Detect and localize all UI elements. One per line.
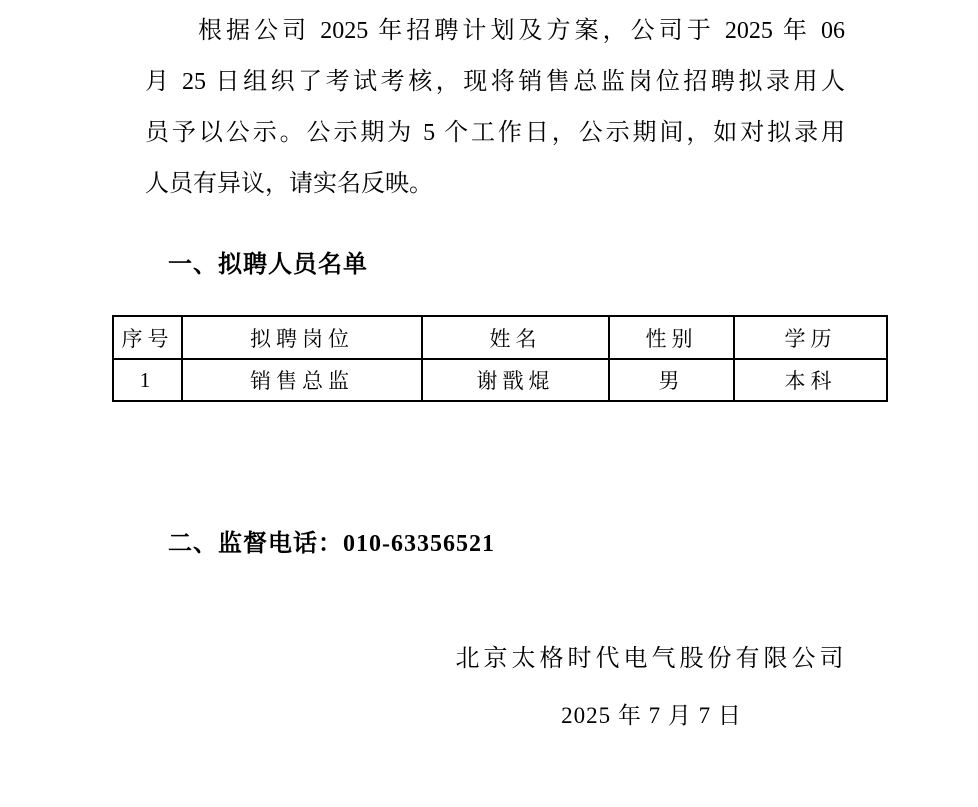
paragraph-line: 人员有异议，请实名反映。 (145, 159, 845, 210)
table-cell-position: 销售总监 (182, 359, 422, 401)
body-paragraph: 根据公司 2025 年招聘计划及方案，公司于 2025 年 06 月 25 日组… (145, 6, 845, 210)
table-header-education: 学历 (734, 316, 887, 359)
section-heading-phone: 二、监督电话：010-63356521 (168, 529, 495, 559)
table-header-position: 拟聘岗位 (182, 316, 422, 359)
table-header-row: 序号 拟聘岗位 姓名 性别 学历 (113, 316, 887, 359)
document-page: 根据公司 2025 年招聘计划及方案，公司于 2025 年 06 月 25 日组… (0, 0, 978, 807)
paragraph-line: 员予以公示。公示期为 5 个工作日，公示期间，如对拟录用 (145, 108, 845, 159)
section-heading-roster: 一、拟聘人员名单 (168, 250, 368, 280)
table-cell-gender: 男 (609, 359, 734, 401)
roster-table: 序号 拟聘岗位 姓名 性别 学历 1 销售总监 谢戬焜 男 本科 (112, 315, 888, 402)
signature-block: 北京太格时代电气股份有限公司 2025 年 7 月 7 日 (453, 645, 850, 730)
paragraph-line: 月 25 日组织了考试考核，现将销售总监岗位招聘拟录用人 (145, 57, 845, 108)
table-header-gender: 性别 (609, 316, 734, 359)
table-cell-education: 本科 (734, 359, 887, 401)
table-cell-name: 谢戬焜 (422, 359, 609, 401)
table-header-name: 姓名 (422, 316, 609, 359)
table-cell-serial: 1 (113, 359, 182, 401)
paragraph-line: 根据公司 2025 年招聘计划及方案，公司于 2025 年 06 (145, 6, 845, 57)
table-row: 1 销售总监 谢戬焜 男 本科 (113, 359, 887, 401)
signature-company: 北京太格时代电气股份有限公司 (453, 645, 850, 673)
signature-date: 2025 年 7 月 7 日 (453, 702, 850, 730)
table-header-serial: 序号 (113, 316, 182, 359)
